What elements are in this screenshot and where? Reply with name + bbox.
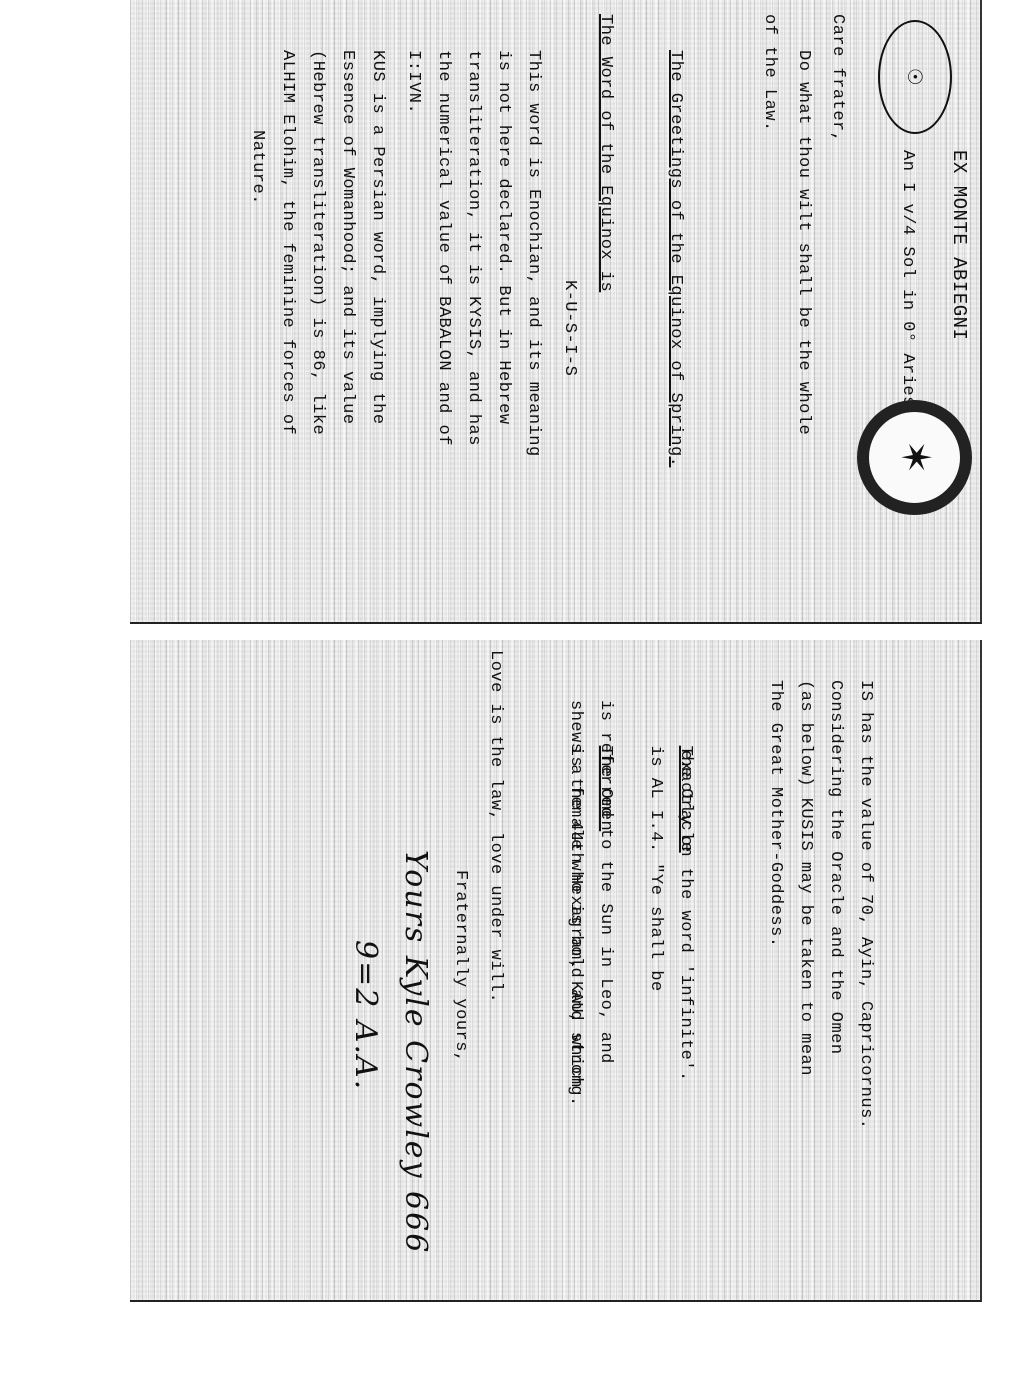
equinox-heading: The Greetings of the Equinox of Spring. [660,50,690,467]
signoff: Fraternally yours, [445,870,475,1063]
body-line: ALHIM Elohim, the feminine forces of [272,50,302,435]
body-line: Nature. [242,130,272,205]
heptagram-seal-icon: ✶ [857,400,972,515]
omen-line-2: is referred to the Sun in Leo, and [590,700,620,1064]
letterhead-title: EX MONTE ABIEGNI [944,150,974,340]
salutation: Care frater, [822,14,852,142]
greeting-line-2: of the Law. [754,14,784,132]
photocopied-letter: ☉ EX MONTE ABIEGNI An I v/4 Sol in 0° Ar… [60,0,960,1300]
body-line: Considering the Oracle and the Omen [820,680,850,1055]
body-line: is not here declared. But in Hebrew [488,50,518,425]
oracle-line-2: exactly on the word 'infinite'. [670,750,700,1082]
handwritten-grade: 9=2 A.A. [350,940,380,1091]
word-heading: The Word of the Equinox is [590,14,620,292]
dateline: An I v/4 Sol in 0° Aries [892,150,922,407]
equinox-word: K-U-S-I-S [554,280,584,376]
body-line: the numerical value of BABALON and of [428,50,458,446]
body-line: I:IVN. [398,50,428,114]
closing-line: Love is the law, love under will. [480,650,510,1003]
body-line: KUS is a Persian word, implying the [362,50,392,425]
page-1-content: ☉ EX MONTE ABIEGNI An I v/4 Sol in 0° Ar… [130,0,980,622]
body-line: This word is Enochian, and its meaning [518,50,548,457]
body-line: The Great Mother-Goddess. [760,680,790,948]
omen-line-3: shews a female who is bold and strong. [560,700,590,1107]
page-2-content: IS has the value of 70, Ayin, Capricornu… [130,640,980,1300]
letter-page-2: IS has the value of 70, Ayin, Capricornu… [130,640,982,1302]
body-line: IS has the value of 70, Ayin, Capricornu… [850,680,880,1129]
body-line: Essence of Womanhood; and its value [332,50,362,425]
vesica-eye-icon: ☉ [878,20,952,134]
body-line: (Hebrew transliteration) is 86, like [302,50,332,435]
handwritten-signature: Yours Kyle Crowley 666 [400,850,430,1254]
body-line: transliteration, it is KYSIS, and has [458,50,488,446]
body-line: (as below) KUSIS may be taken to mean [790,680,820,1076]
greeting-line-1: Do what thou wilt shall be the whole [788,50,818,435]
letter-page-1: ☉ EX MONTE ABIEGNI An I v/4 Sol in 0° Ar… [130,0,982,624]
